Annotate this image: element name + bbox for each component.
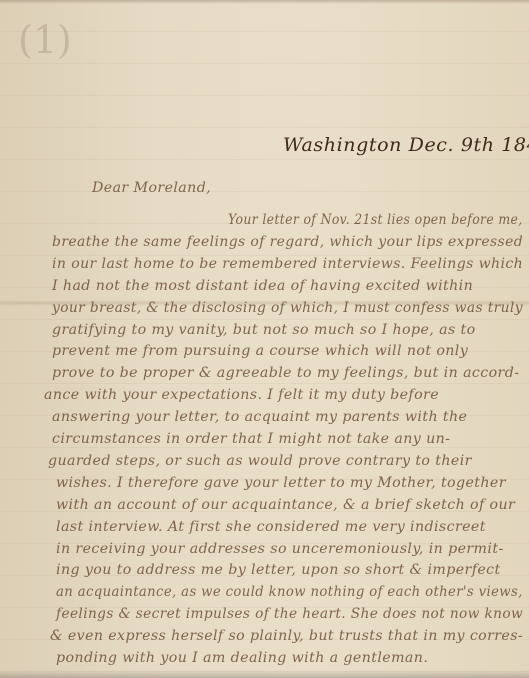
body-line: last interview. At first she considered … bbox=[56, 519, 486, 535]
body-line: feelings & secret impulses of the heart.… bbox=[56, 606, 523, 622]
body-line: breathe the same feelings of regard, whi… bbox=[52, 234, 523, 250]
body-line: Your letter of Nov. 21st lies open befor… bbox=[228, 212, 523, 228]
page-edge-shadow bbox=[0, 670, 529, 678]
body-line: your breast, & the disclosing of which, … bbox=[52, 300, 523, 316]
body-line: in receiving your addresses so unceremon… bbox=[56, 541, 504, 557]
body-line: in our last home to be remembered interv… bbox=[52, 256, 523, 272]
body-line: ing you to address me by letter, upon so… bbox=[56, 562, 501, 578]
body-line: guarded steps, or such as would prove co… bbox=[48, 453, 472, 469]
body-line: with an account of our acquaintance, & a… bbox=[56, 497, 515, 513]
body-line: gratifying to my vanity, but not so much… bbox=[52, 322, 476, 338]
dateline: Washington Dec. 9th 1844 bbox=[283, 134, 529, 156]
body-line: an acquaintance, as we could know nothin… bbox=[56, 584, 523, 600]
body-line: prevent me from pursuing a course which … bbox=[52, 343, 468, 359]
body-line: circumstances in order that I might not … bbox=[52, 431, 450, 447]
page-number: (1) bbox=[18, 18, 72, 62]
body-line: ance with your expectations. I felt it m… bbox=[44, 387, 439, 403]
salutation: Dear Moreland, bbox=[92, 180, 211, 196]
body-line: I had not the most distant idea of havin… bbox=[52, 278, 473, 294]
body-line: answering your letter, to acquaint my pa… bbox=[52, 409, 467, 425]
body-line: ponding with you I am dealing with a gen… bbox=[56, 650, 428, 666]
body-line: wishes. I therefore gave your letter to … bbox=[56, 475, 506, 491]
letter-page: (1) Washington Dec. 9th 1844 Dear Morela… bbox=[0, 0, 529, 678]
body-line: & even express herself so plainly, but t… bbox=[50, 628, 523, 644]
body-line: prove to be proper & agreeable to my fee… bbox=[52, 365, 519, 381]
